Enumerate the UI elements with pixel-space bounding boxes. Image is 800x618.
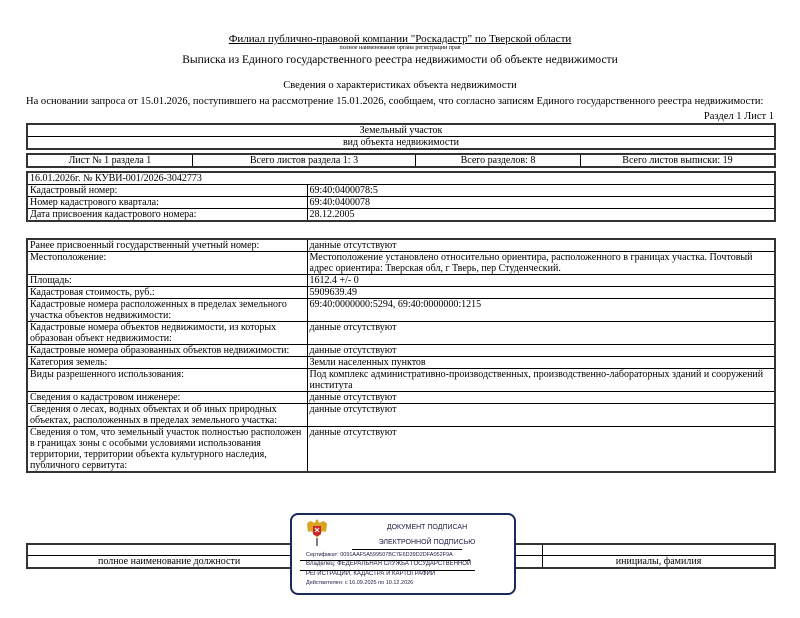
row-value: Местоположение установлено относительно … — [307, 252, 775, 275]
characteristics-table: Ранее присвоенный государственный учетны… — [26, 238, 776, 473]
row-value: 69:40:0400078 — [307, 197, 775, 209]
row-label: Местоположение: — [27, 252, 307, 275]
table-row: Кадастровые номера объектов недвижимости… — [27, 322, 775, 345]
row-value: 28.12.2005 — [307, 209, 775, 222]
row-value: данные отсутствуют — [307, 392, 775, 404]
stamp-rule — [300, 560, 470, 561]
row-value: данные отсутствуют — [307, 404, 775, 427]
row-value: 69:40:0400078:5 — [307, 185, 775, 197]
sheet-number: Лист № 1 раздела 1 — [27, 154, 192, 167]
row-label: Сведения о лесах, водных объектах и об и… — [27, 404, 307, 427]
table-row: Площадь:1612.4 +/- 0 — [27, 275, 775, 287]
table-row: Местоположение:Местоположение установлен… — [27, 252, 775, 275]
row-value: данные отсутствуют — [307, 427, 775, 473]
position-caption: полное наименование должности — [27, 556, 311, 569]
sheets-in-section: Всего листов раздела 1: 3 — [192, 154, 415, 167]
stamp-validity: Действителен: с 16.09.2025 по 10.12.2026 — [306, 580, 413, 586]
table-row: Категория земель:Земли населенных пункто… — [27, 357, 775, 369]
section-title: Сведения о характеристиках объекта недви… — [0, 80, 800, 91]
row-label: Площадь: — [27, 275, 307, 287]
table-row: Сведения о кадастровом инженере:данные о… — [27, 392, 775, 404]
request-text: На основании запроса от 15.01.2026, пост… — [26, 96, 786, 107]
row-label: Дата присвоения кадастрового номера: — [27, 209, 307, 222]
table-row: Кадастровые номера образованных объектов… — [27, 345, 775, 357]
table-row: Номер кадастрового квартала: 69:40:04000… — [27, 197, 775, 209]
row-value: 69:40:0000000:5294, 69:40:0000000:1215 — [307, 299, 775, 322]
sections-total: Всего разделов: 8 — [416, 154, 581, 167]
row-value: 1612.4 +/- 0 — [307, 275, 775, 287]
row-label: Кадастровые номера образованных объектов… — [27, 345, 307, 357]
row-label: Сведения о кадастровом инженере: — [27, 392, 307, 404]
table-row: Кадастровый номер: 69:40:0400078:5 — [27, 185, 775, 197]
table-row: Дата присвоения кадастрового номера: 28.… — [27, 209, 775, 222]
row-label: Кадастровый номер: — [27, 185, 307, 197]
row-label: Кадастровые номера объектов недвижимости… — [27, 322, 307, 345]
row-label: Ранее присвоенный государственный учетны… — [27, 239, 307, 252]
table-row: Кадастровые номера расположенных в преде… — [27, 299, 775, 322]
organization-name: Филиал публично-правовой компании "Роска… — [0, 33, 800, 45]
stamp-owner-continued: РЕГИСТРАЦИИ, КАДАСТРА И КАРТОГРАФИИ — [306, 571, 435, 577]
row-label: Виды разрешенного использования: — [27, 369, 307, 392]
row-value: Под комплекс административно-производств… — [307, 369, 775, 392]
electronic-signature-stamp: ДОКУМЕНТ ПОДПИСАН ЭЛЕКТРОННОЙ ПОДПИСЬЮ С… — [290, 513, 516, 595]
row-label: Кадастровые номера расположенных в преде… — [27, 299, 307, 322]
object-type-table: Земельный участок вид объекта недвижимос… — [26, 123, 776, 150]
row-value: данные отсутствуют — [307, 322, 775, 345]
extract-number: 16.01.2026г. № КУВИ-001/2026-3042773 — [27, 172, 775, 185]
document-title: Выписка из Единого государственного реес… — [0, 54, 800, 66]
table-row: Сведения о том, что земельный участок по… — [27, 427, 775, 473]
object-type: Земельный участок — [27, 124, 775, 137]
object-type-caption: вид объекта недвижимости — [27, 137, 775, 150]
stamp-rule — [352, 549, 462, 550]
stamp-certificate: Сертификат: 0091AAF5A599507BC7E6D39D2DFA… — [306, 552, 453, 558]
row-label: Кадастровая стоимость, руб.: — [27, 287, 307, 299]
section-label: Раздел 1 Лист 1 — [704, 111, 774, 122]
coat-of-arms-icon — [304, 518, 330, 546]
row-label: Номер кадастрового квартала: — [27, 197, 307, 209]
extract-table: 16.01.2026г. № КУВИ-001/2026-3042773 Кад… — [26, 171, 776, 222]
stamp-rule — [300, 570, 475, 571]
row-value: Земли населенных пунктов — [307, 357, 775, 369]
name-caption: инициалы, фамилия — [543, 556, 775, 569]
organization-caption: полное наименование органа регистрации п… — [0, 45, 800, 51]
row-value: данные отсутствуют — [307, 239, 775, 252]
table-row: Кадастровая стоимость, руб.:5909639.49 — [27, 287, 775, 299]
stamp-subtitle: ЭЛЕКТРОННОЙ ПОДПИСЬЮ — [352, 539, 502, 546]
sheets-total: Всего листов выписки: 19 — [580, 154, 775, 167]
sheets-table: Лист № 1 раздела 1 Всего листов раздела … — [26, 153, 776, 168]
stamp-title: ДОКУМЕНТ ПОДПИСАН — [352, 524, 502, 531]
table-row: Виды разрешенного использования:Под комп… — [27, 369, 775, 392]
row-value: данные отсутствуют — [307, 345, 775, 357]
stamp-owner: Владелец: ФЕДЕРАЛЬНАЯ СЛУЖБА ГОСУДАРСТВЕ… — [306, 561, 471, 567]
row-label: Сведения о том, что земельный участок по… — [27, 427, 307, 473]
row-value: 5909639.49 — [307, 287, 775, 299]
table-row: Сведения о лесах, водных объектах и об и… — [27, 404, 775, 427]
table-row: Ранее присвоенный государственный учетны… — [27, 239, 775, 252]
row-label: Категория земель: — [27, 357, 307, 369]
